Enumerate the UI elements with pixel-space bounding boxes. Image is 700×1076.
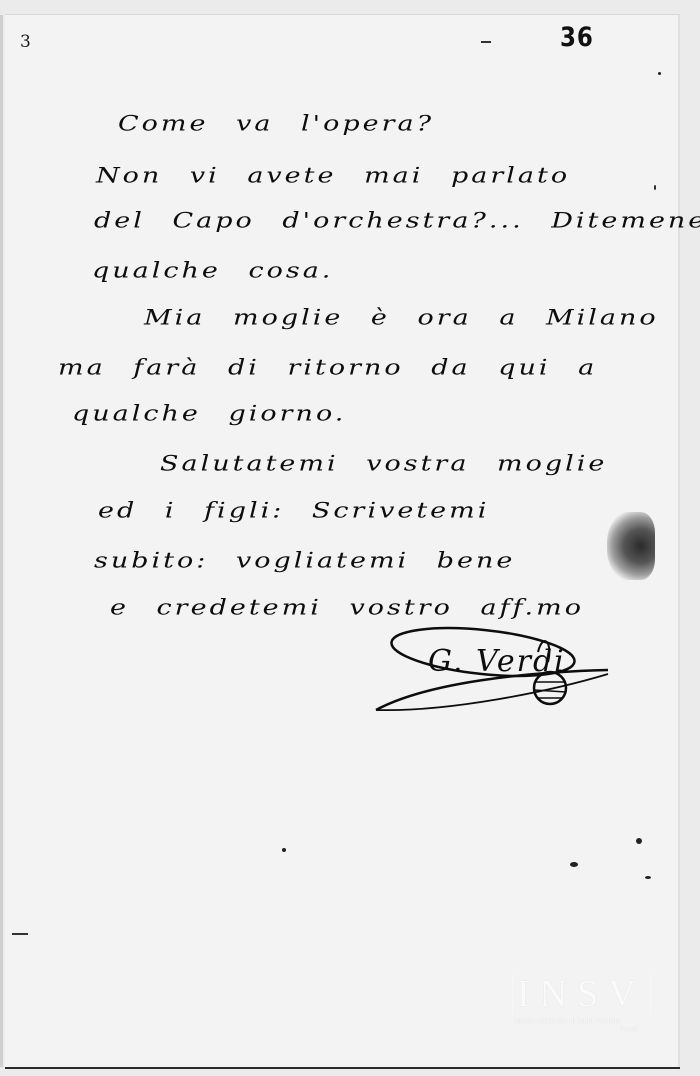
watermark-caption: Istituto Nazionale di Studi Verdiani [514, 1018, 620, 1025]
ink-speck [282, 848, 286, 852]
letter-line-9: ed i figli: Scrivetemi [98, 498, 489, 523]
pencil-mark [481, 41, 491, 43]
signature: G. Verdi [368, 622, 618, 717]
signature-text: G. Verdi [428, 644, 566, 679]
ink-speck [657, 216, 659, 218]
folio-number-right: 36 [560, 22, 594, 53]
letter-line-10: subito: vogliatemi bene [94, 548, 515, 573]
letter-line-5: Mia moglie è ora a Milano [144, 305, 659, 330]
letter-line-3: del Capo d'orchestra?... Ditemene [94, 208, 700, 233]
institution-watermark: INSV Istituto Nazionale di Studi Verdian… [512, 974, 662, 1036]
letter-line-2: Non vi avete mai parlato [96, 163, 570, 188]
ink-speck [645, 876, 651, 879]
watermark-city: Parma [620, 1027, 638, 1033]
folio-number-left: 3 [20, 32, 31, 52]
letter-line-8: Salutatemi vostra moglie [160, 451, 607, 476]
ink-smudge [607, 512, 655, 580]
letter-line-11: e credetemi vostro aff.mo [110, 595, 584, 620]
ink-speck [654, 185, 656, 190]
ink-speck [658, 72, 661, 75]
ink-speck [636, 838, 642, 844]
letter-line-1: Come va l'opera? [118, 111, 434, 136]
letter-line-4: qualche cosa. [92, 258, 333, 283]
margin-mark [12, 933, 28, 935]
ink-speck [570, 862, 578, 867]
letter-line-7: qualche giorno. [72, 401, 346, 426]
watermark-letters: INSV [512, 974, 651, 1014]
letter-line-6: ma farà di ritorno da qui a [58, 355, 597, 380]
scan-background: 3 36 Come va l'opera? Non vi avete mai p… [0, 0, 700, 1076]
